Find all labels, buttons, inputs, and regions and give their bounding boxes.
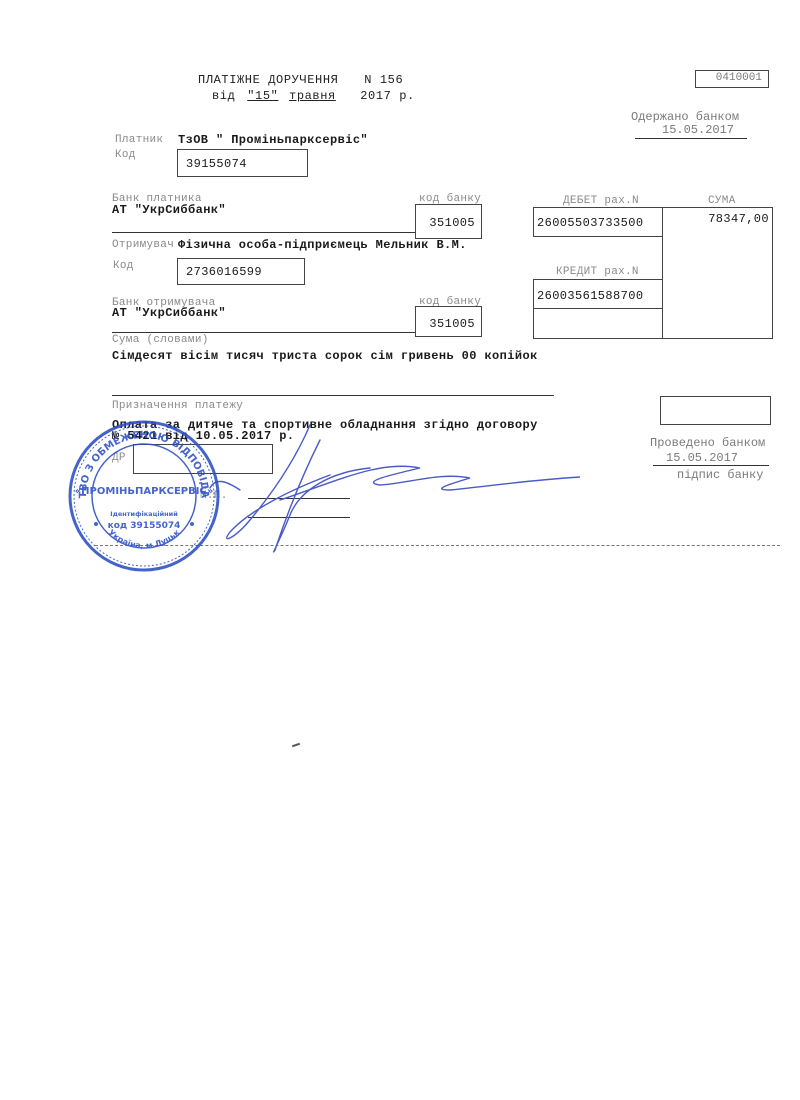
- purpose-top-line: [112, 395, 554, 396]
- recipient-bank-code: 351005: [416, 307, 481, 331]
- credit-account: 26003561588700: [534, 280, 662, 303]
- credit-account-box: 26003561588700: [533, 279, 663, 309]
- recipient-name: Фізична особа-підприємець Мельник В.М.: [178, 238, 467, 252]
- payer-name: ТзОВ " Проміньпарксервіс": [178, 133, 368, 147]
- recipient-code: 2736016599: [178, 259, 304, 279]
- bank-processed-label: Проведено банком: [650, 436, 765, 450]
- bank-processed-underline: [653, 465, 769, 466]
- payer-bank-underline: [112, 232, 415, 233]
- document-date: від "15"травня 2017 р.: [212, 89, 415, 103]
- date-year: 2017 р.: [360, 89, 415, 103]
- payer-code-label: Код: [115, 149, 136, 161]
- bank-received-date: 15.05.2017: [662, 123, 734, 137]
- payer-bank-code: 351005: [416, 205, 481, 230]
- svg-text:«ПРОМІНЬПАРКСЕРВІС»: «ПРОМІНЬПАРКСЕРВІС»: [75, 486, 214, 497]
- amount-value: 78347,00: [663, 208, 772, 226]
- debit-account: 26005503733500: [534, 208, 662, 230]
- form-code-box: 0410001: [695, 70, 769, 88]
- payer-bank-code-box: 351005: [415, 204, 482, 239]
- bank-processed-date: 15.05.2017: [666, 451, 738, 465]
- svg-text:код 39155074: код 39155074: [108, 521, 181, 531]
- amount-box: 78347,00: [662, 207, 773, 339]
- bank-received-label: Одержано банком: [631, 110, 739, 124]
- date-month: травня: [278, 89, 346, 103]
- payer-code-box: 39155074: [177, 149, 308, 177]
- amount-words-label: Сума (словами): [112, 334, 209, 346]
- bank-received-underline: [635, 138, 747, 139]
- number-label: N: [364, 73, 372, 87]
- document-number: 156: [380, 73, 403, 87]
- recipient-bank-code-box: 351005: [415, 306, 482, 337]
- bank-processed-box: [660, 396, 771, 425]
- amount-words-value: Сімдесят вісім тисяч триста сорок сім гр…: [112, 349, 538, 363]
- bank-signature-label: підпис банку: [677, 468, 763, 482]
- date-prefix: від: [212, 89, 235, 103]
- recipient-bank-underline: [112, 332, 415, 333]
- document-title: ПЛАТІЖНЕ ДОРУЧЕННЯ N 156: [198, 73, 403, 87]
- svg-text:Ідентифікаційний: Ідентифікаційний: [110, 510, 178, 518]
- recipient-label: Отримувач: [112, 239, 174, 251]
- date-day: "15": [247, 89, 278, 103]
- amount-label: СУМА: [708, 195, 736, 207]
- payer-bank-name: АТ "УкрСиббанк": [112, 203, 226, 217]
- form-code: 0410001: [696, 71, 768, 86]
- payer-code: 39155074: [178, 150, 307, 171]
- title-text: ПЛАТІЖНЕ ДОРУЧЕННЯ: [198, 73, 338, 87]
- company-stamp-icon: ТОВАРИСТВО З ОБМЕЖЕНОЮ ВІДПОВІДАЛЬНІСТЮ …: [66, 418, 222, 574]
- credit-label: КРЕДИТ рах.N: [556, 266, 639, 278]
- stray-mark: [292, 743, 300, 748]
- credit-extra-box: [533, 308, 663, 339]
- debit-label: ДЕБЕТ рах.N: [563, 195, 639, 207]
- recipient-code-box: 2736016599: [177, 258, 305, 285]
- recipient-bank-name: АТ "УкрСиббанк": [112, 306, 226, 320]
- signature-icon: [180, 420, 580, 560]
- payer-label: Платник: [115, 134, 163, 146]
- debit-account-box: 26005503733500: [533, 207, 663, 237]
- recipient-code-label: Код: [113, 260, 134, 272]
- purpose-label: Призначення платежу: [112, 400, 243, 412]
